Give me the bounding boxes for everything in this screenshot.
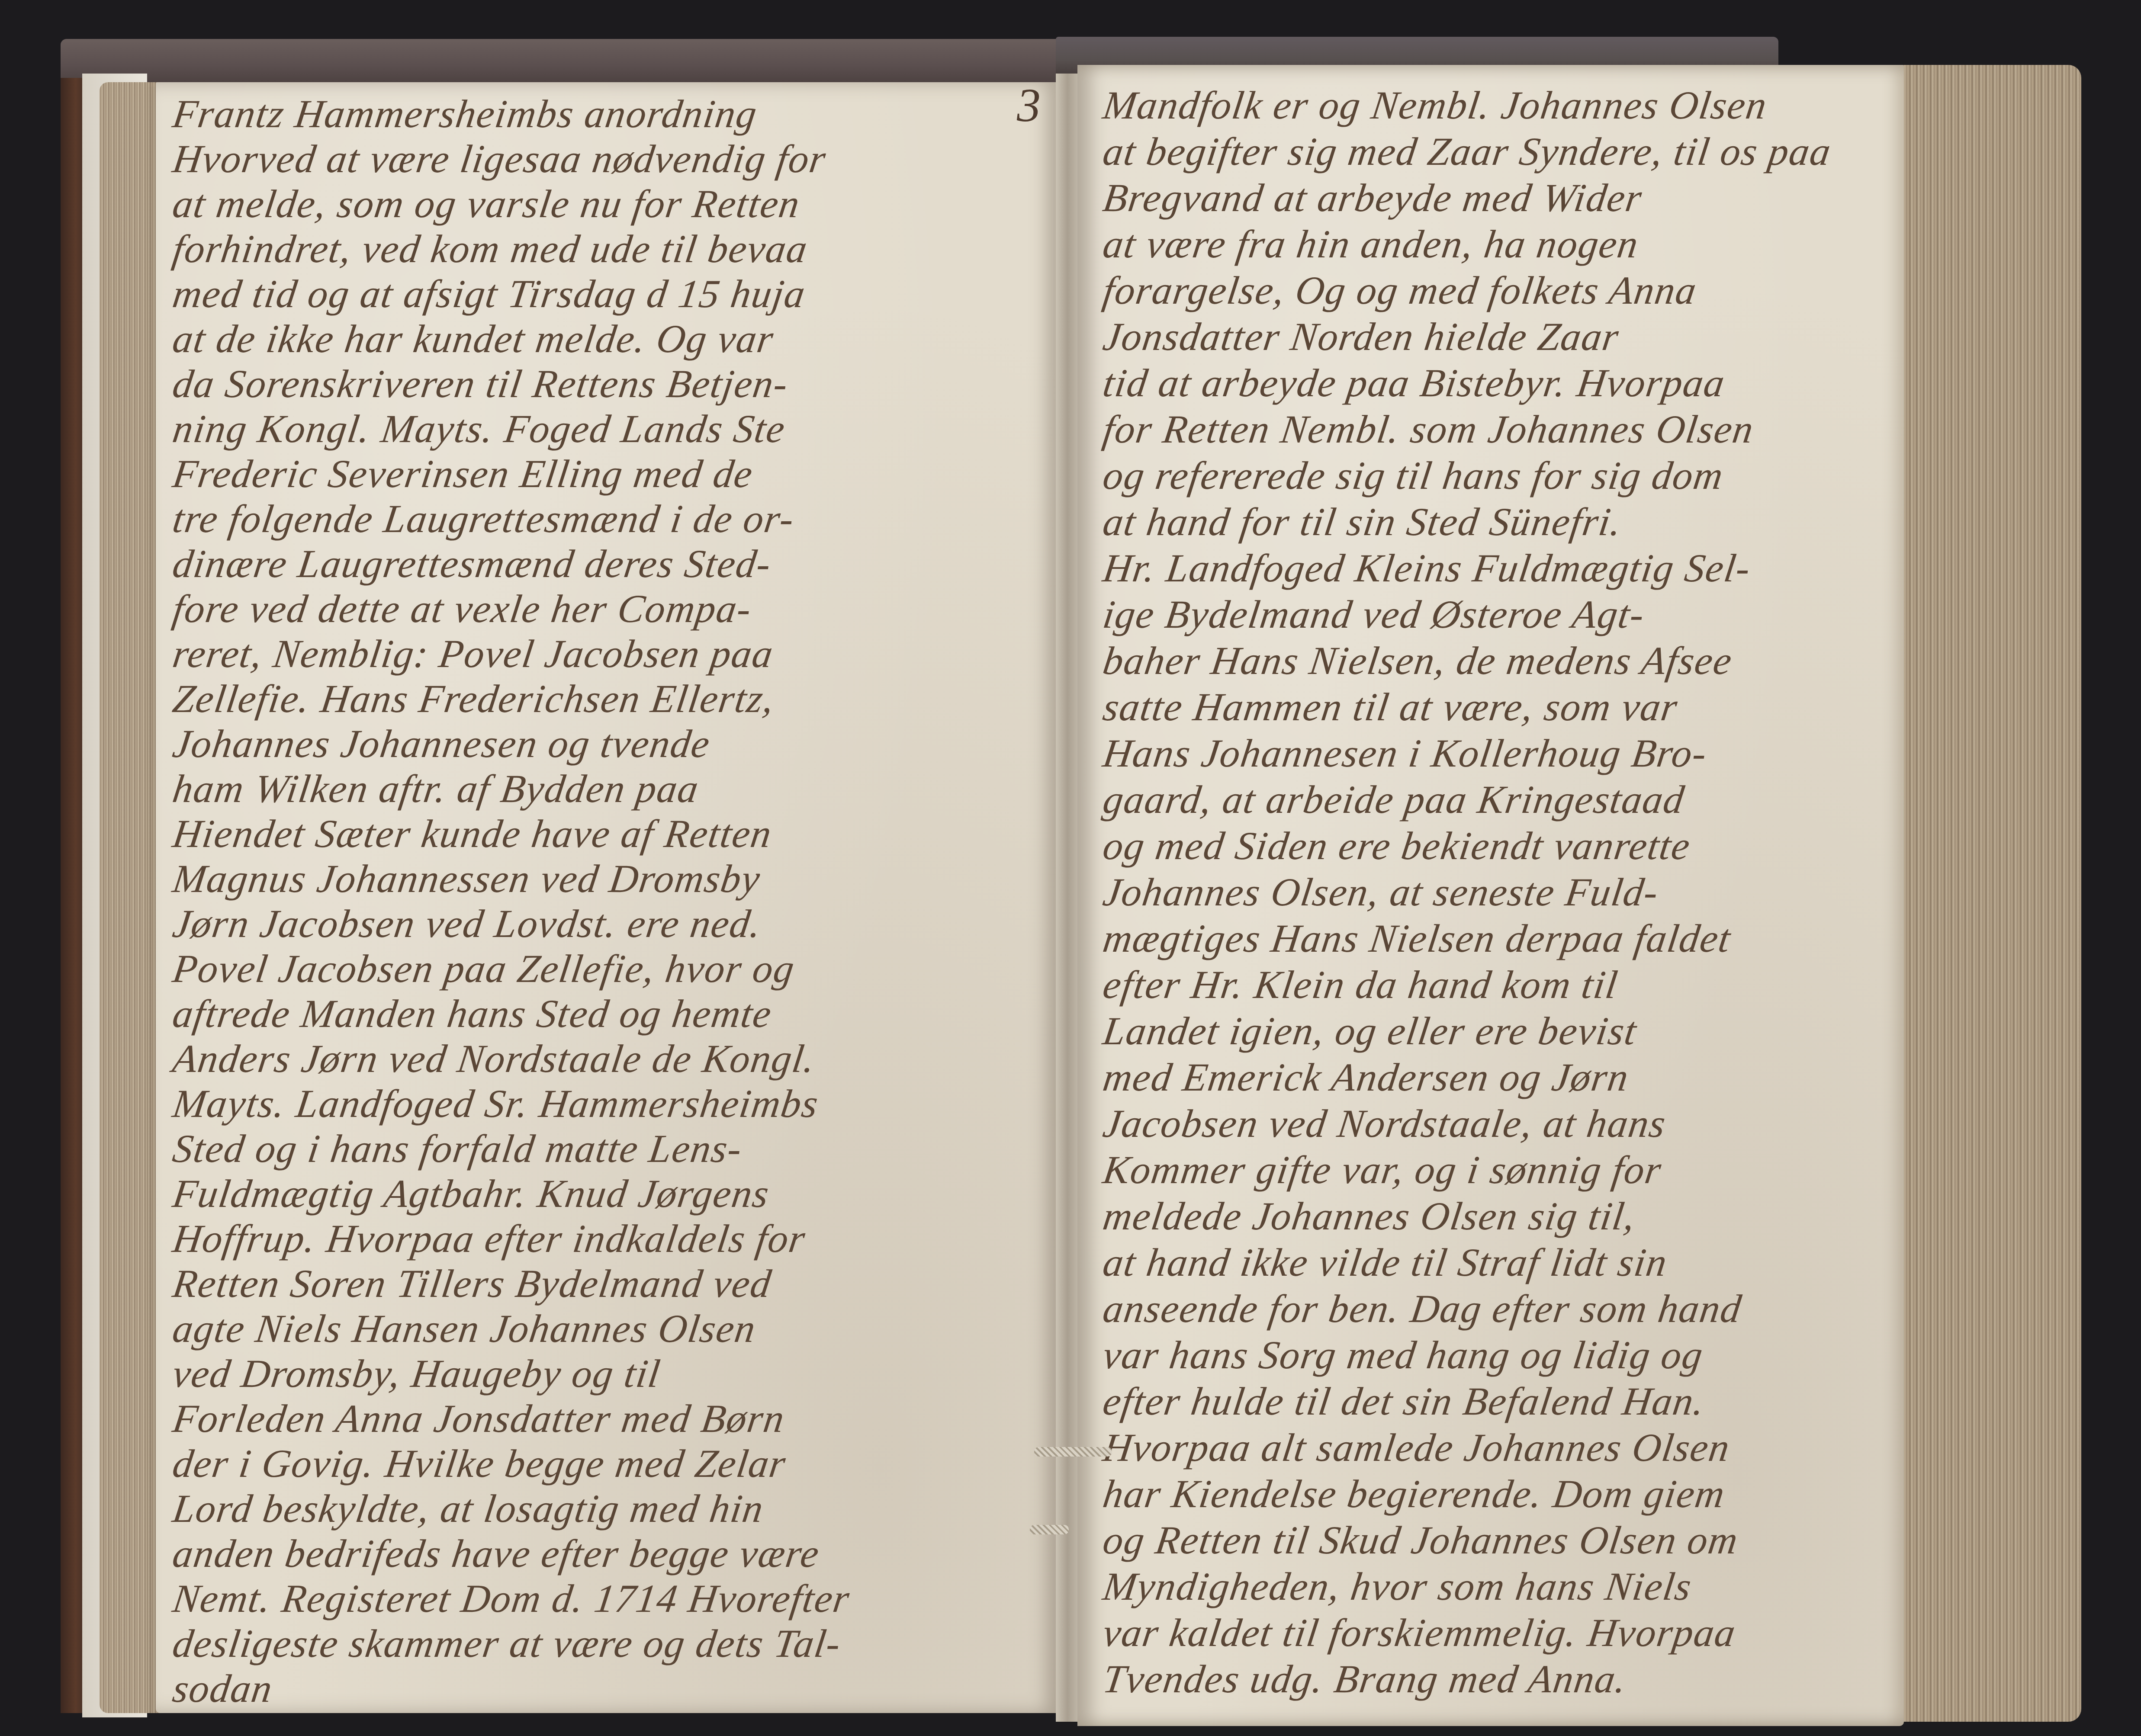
manuscript-line: var hans Sorg med hang og lidig og (1100, 1332, 1707, 1378)
manuscript-line: Kommer gifte var, og i sønnig for (1100, 1147, 1665, 1193)
manuscript-line: aftrede Manden hans Sted og hemte (170, 991, 775, 1036)
manuscript-line: forargelse, Og og med folkets Anna (1100, 267, 1700, 313)
left-page: 3 Frantz Hammersheimbs anordningHvorved … (156, 82, 1060, 1713)
manuscript-line: anden bedrifeds have efter begge være (170, 1531, 823, 1576)
manuscript-line: Forleden Anna Jonsdatter med Børn (170, 1396, 788, 1441)
manuscript-line: agte Niels Hansen Johannes Olsen (170, 1306, 759, 1351)
manuscript-line: Johannes Johannesen og tvende (170, 721, 714, 767)
manuscript-line: baher Hans Nielsen, de medens Afsee (1100, 638, 1736, 683)
manuscript-line: Hvorpaa alt samlede Johannes Olsen (1100, 1425, 1733, 1470)
right-page: Mandfolk er og Nembl. Johannes Olsenat b… (1077, 65, 1904, 1726)
manuscript-line: efter Hr. Klein da hand kom til (1100, 962, 1621, 1008)
manuscript-line: ige Bydelmand ved Østeroe Agt- (1100, 591, 1648, 637)
manuscript-line: satte Hammen til at være, som var (1100, 684, 1681, 730)
manuscript-line: Hoffrup. Hvorpaa efter indkaldels for (170, 1216, 809, 1261)
page-edges-left (100, 82, 164, 1713)
manuscript-line: og refererede sig til hans for sig dom (1100, 452, 1727, 498)
manuscript-line: Johannes Olsen, at seneste Fuld- (1100, 869, 1662, 915)
manuscript-line: Hiendet Sæter kunde have af Retten (170, 811, 775, 857)
manuscript-line: Fuldmægtig Agtbahr. Knud Jørgens (170, 1171, 773, 1216)
manuscript-line: Hvorved at være ligesaa nødvendig for (170, 136, 829, 182)
manuscript-line: da Sorenskriveren til Rettens Betjen- (170, 361, 791, 407)
folio-mark: 3 (1017, 78, 1041, 133)
manuscript-line: Frederic Severinsen Elling med de (170, 451, 756, 497)
binding-stitch-lower (1030, 1525, 1069, 1534)
manuscript-line: Hr. Landfoged Kleins Fuldmægtig Sel- (1100, 545, 1754, 591)
manuscript-line: at hand for til sin Sted Sünefri. (1100, 499, 1625, 545)
manuscript-line: Bregvand at arbeyde med Wider (1100, 175, 1646, 221)
manuscript-line: ham Wilken aftr. af Bydden paa (170, 766, 702, 812)
manuscript-line: anseende for ben. Dag efter som hand (1100, 1286, 1745, 1332)
manuscript-line: dinære Laugrettesmænd deres Sted- (170, 541, 775, 587)
manuscript-line: tre folgende Laugrettesmænd i de or- (170, 496, 797, 542)
manuscript-line: Jørn Jacobsen ved Lovdst. ere ned. (170, 901, 765, 947)
manuscript-line: efter hulde til det sin Befalend Han. (1100, 1378, 1708, 1424)
manuscript-line: sodan (170, 1665, 276, 1711)
manuscript-line: Hans Johannesen i Kollerhoug Bro- (1100, 730, 1710, 776)
manuscript-line: Anders Jørn ved Nordstaale de Kongl. (170, 1036, 819, 1081)
manuscript-line: Lord beskyldte, at losagtig med hin (170, 1486, 767, 1531)
manuscript-line: forhindret, ved kom med ude til bevaa (170, 226, 811, 272)
manuscript-line: ning Kongl. Mayts. Foged Lands Ste (170, 406, 789, 452)
manuscript-line: og Retten til Skud Johannes Olsen om (1100, 1517, 1742, 1563)
manuscript-line: og med Siden ere bekiendt vanrette (1100, 823, 1694, 869)
manuscript-line: Jacobsen ved Nordstaale, at hans (1100, 1101, 1669, 1146)
manuscript-line: ved Dromsby, Haugeby og til (170, 1351, 664, 1396)
manuscript-line: har Kiendelse begierende. Dom giem (1100, 1471, 1728, 1517)
manuscript-line: tid at arbeyde paa Bistebyr. Hvorpaa (1100, 360, 1728, 406)
manuscript-line: mægtiges Hans Nielsen derpaa faldet (1100, 915, 1734, 961)
manuscript-line: at begifter sig med Zaar Syndere, til os… (1100, 128, 1835, 174)
manuscript-line: Frantz Hammersheimbs anordning (170, 91, 761, 137)
manuscript-line: Tvendes udg. Brang med Anna. (1100, 1656, 1630, 1702)
manuscript-line: Mayts. Landfoged Sr. Hammersheimbs (170, 1081, 822, 1126)
binding-stitch-upper (1034, 1447, 1112, 1457)
page-edges-right (1900, 65, 2081, 1722)
manuscript-line: var kaldet til forskiemmelig. Hvorpaa (1100, 1610, 1739, 1656)
manuscript-line: fore ved dette at vexle her Compa- (170, 586, 755, 632)
manuscript-line: at hand ikke vilde til Straf lidt sin (1100, 1239, 1671, 1285)
book-cover-top-left (61, 39, 1064, 87)
manuscript-line: med Emerick Andersen og Jørn (1100, 1054, 1632, 1100)
manuscript-line: desligeste skammer at være og dets Tal- (170, 1620, 844, 1666)
manuscript-line: Sted og i hans forfald matte Lens- (170, 1126, 746, 1171)
manuscript-line: Mandfolk er og Nembl. Johannes Olsen (1100, 82, 1770, 128)
manuscript-line: Magnus Johannessen ved Dromsby (170, 856, 764, 902)
manuscript-line: reret, Nemblig: Povel Jacobsen paa (170, 631, 777, 677)
manuscript-line: Retten Soren Tillers Bydelmand ved (170, 1261, 775, 1306)
manuscript-line: med tid og at afsigt Tirsdag d 15 huja (170, 271, 809, 317)
manuscript-line: Povel Jacobsen paa Zellefie, hvor og (170, 946, 798, 992)
manuscript-line: for Retten Nembl. som Johannes Olsen (1100, 406, 1757, 452)
manuscript-line: Landet igien, og eller ere bevist (1100, 1008, 1640, 1054)
manuscript-line: at de ikke har kundet melde. Og var (170, 316, 777, 362)
manuscript-line: Zellefie. Hans Frederichsen Ellertz, (170, 676, 778, 722)
manuscript-line: Nemt. Registeret Dom d. 1714 Hvorefter (170, 1576, 853, 1621)
manuscript-line: der i Govig. Hvilke begge med Zelar (170, 1441, 789, 1486)
manuscript-line: at melde, som og varsle nu for Retten (170, 181, 804, 227)
manuscript-line: at være fra hin anden, ha nogen (1100, 221, 1642, 267)
manuscript-line: Myndigheden, hvor som hans Niels (1100, 1563, 1695, 1609)
manuscript-line: gaard, at arbeide paa Kringestaad (1100, 777, 1688, 822)
manuscript-line: Jonsdatter Norden hielde Zaar (1100, 314, 1623, 359)
manuscript-line: meldede Johannes Olsen sig til, (1100, 1193, 1639, 1239)
